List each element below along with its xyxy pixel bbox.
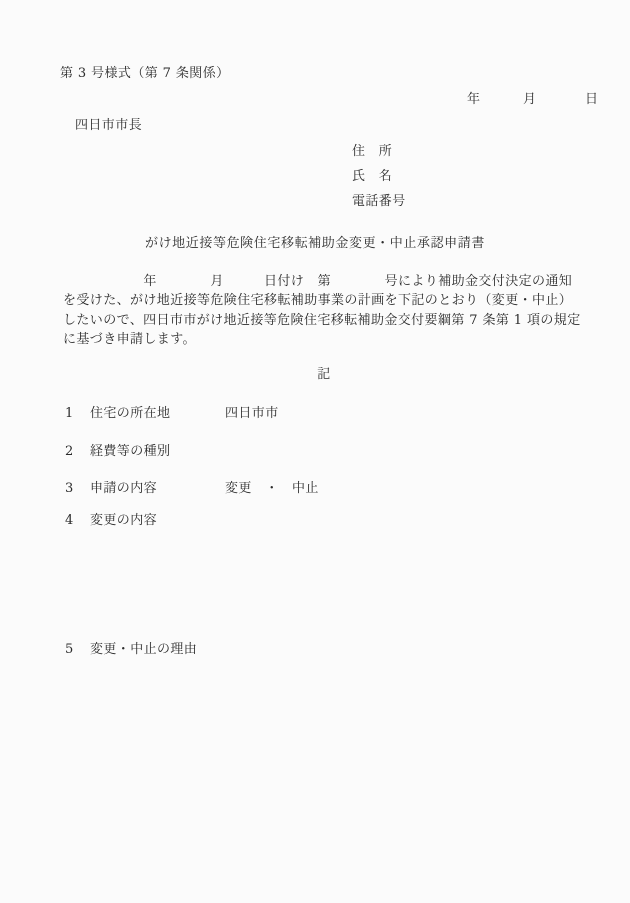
- item-label: 申請の内容: [90, 477, 225, 496]
- date-year-label: 年: [467, 93, 480, 106]
- document-title: がけ地近接等危険住宅移転補助金変更・中止承認申請書: [0, 237, 630, 250]
- item-label: 経費等の種別: [90, 440, 225, 459]
- item-label: 住宅の所在地: [90, 402, 225, 421]
- item-label: 変更の内容: [90, 509, 225, 528]
- body-line: を受けた、がけ地近接等危険住宅移転補助事業の計画を下記のとおり（変更・中止）: [63, 291, 583, 310]
- body-line: したいので、四日市市がけ地近接等危険住宅移転補助金交付要綱第 7 条第 1 項の…: [63, 311, 583, 330]
- body-line: 年 月 日付け 第 号により補助金交付決定の通知: [63, 272, 583, 291]
- item-number: 3: [65, 481, 90, 496]
- item-row-change-content: 4 変更の内容: [65, 509, 225, 528]
- form-number-label: 第 3 号様式（第 7 条関係）: [60, 67, 229, 80]
- applicant-address-label: 住 所: [352, 145, 392, 158]
- date-month-label: 月: [523, 93, 536, 106]
- item-value: 変更 ・ 中止: [225, 477, 319, 496]
- body-paragraph: 年 月 日付け 第 号により補助金交付決定の通知 を受けた、がけ地近接等危険住宅…: [63, 272, 583, 350]
- item-number: 4: [65, 513, 90, 528]
- item-number: 5: [65, 642, 90, 657]
- date-day-label: 日: [585, 93, 598, 106]
- item-row-expense-type: 2 経費等の種別: [65, 440, 225, 459]
- item-value: 四日市市: [225, 402, 279, 421]
- applicant-name-label: 氏 名: [352, 170, 392, 183]
- item-row-application-content: 3 申請の内容 変更 ・ 中止: [65, 477, 319, 496]
- item-label: 変更・中止の理由: [90, 638, 225, 657]
- item-number: 1: [65, 406, 90, 421]
- document-page: 第 3 号様式（第 7 条関係） 年 月 日 四日市市長 住 所 氏 名 電話番…: [0, 0, 630, 903]
- addressee-label: 四日市市長: [75, 119, 142, 132]
- section-heading-ki: 記: [0, 368, 630, 381]
- body-line: に基づき申請します。: [63, 330, 583, 349]
- item-row-residence: 1 住宅の所在地 四日市市: [65, 402, 279, 421]
- item-number: 2: [65, 444, 90, 459]
- item-row-reason: 5 変更・中止の理由: [65, 638, 225, 657]
- applicant-phone-label: 電話番号: [352, 195, 406, 208]
